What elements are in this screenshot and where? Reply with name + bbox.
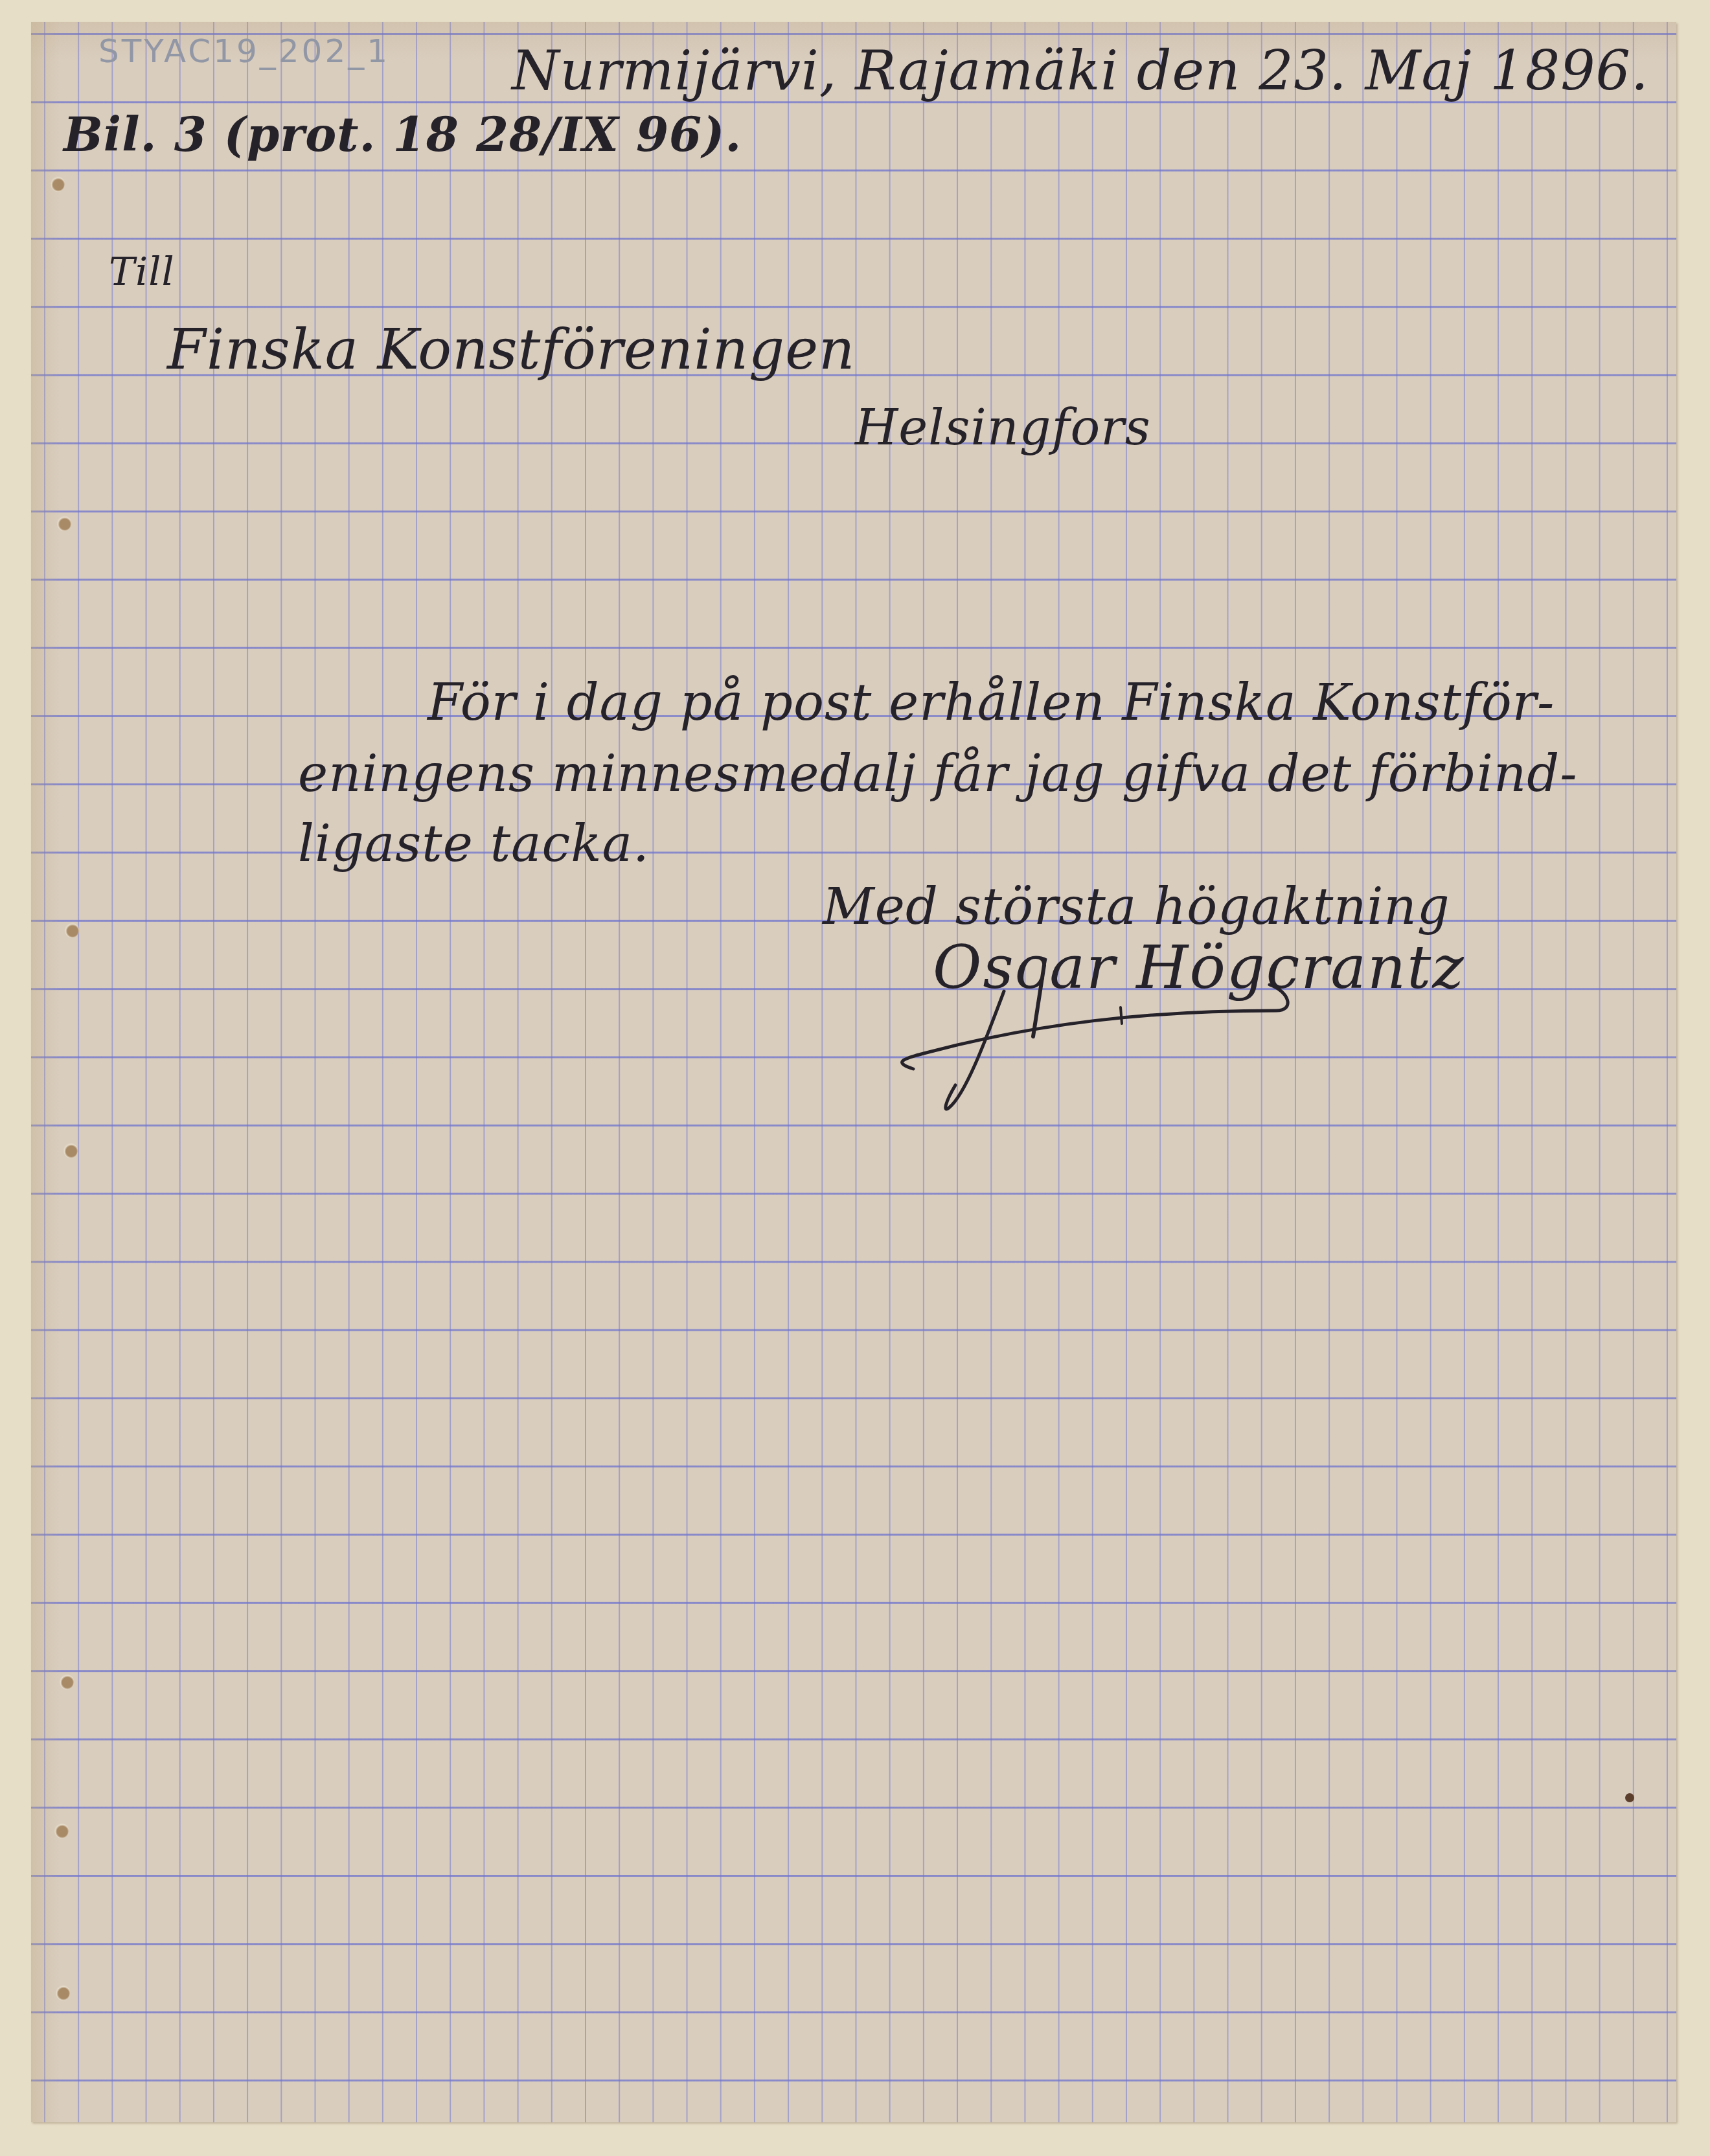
punch-hole — [57, 516, 71, 531]
punch-hole — [60, 1674, 74, 1690]
body-line-3: ligaste tacka. — [298, 815, 650, 873]
signature-flourish-icon — [874, 946, 1457, 1114]
attachment-note: Bil. 3 (prot. 18 28/IX 96). — [63, 107, 742, 162]
place-date: Nurmijärvi, Rajamäki den 23. Maj 1896. — [512, 39, 1649, 102]
ink-speck — [1625, 1793, 1634, 1802]
closing: Med största högaktning — [823, 878, 1450, 936]
recipient-city: Helsingfors — [855, 398, 1151, 456]
punch-hole — [65, 923, 79, 938]
punch-hole — [54, 1823, 69, 1839]
punch-hole — [56, 1985, 70, 2001]
archive-reference: STYAC19_202_1 — [98, 32, 390, 70]
salutation-prefix: Till — [109, 249, 175, 295]
punch-hole — [63, 1143, 78, 1158]
body-line-2: eningens minnesmedalj får jag gifva det … — [298, 745, 1578, 803]
body-line-1: För i dag på post erhållen Finska Konstf… — [427, 674, 1555, 732]
recipient-name: Finska Konstföreningen — [167, 317, 855, 382]
punch-hole — [51, 176, 65, 192]
